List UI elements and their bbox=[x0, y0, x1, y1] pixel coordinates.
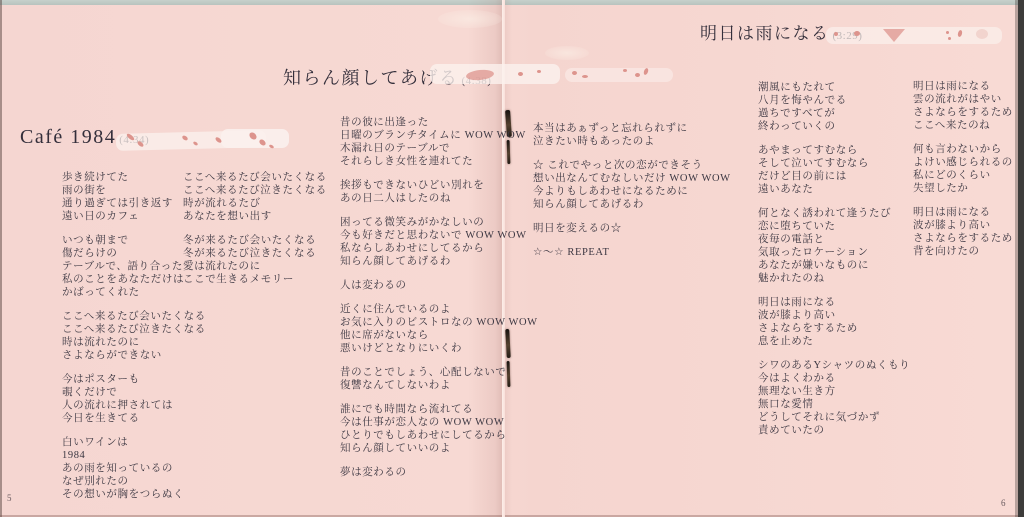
paper-spot bbox=[545, 46, 589, 60]
lyric-line: さよならができない bbox=[62, 349, 206, 362]
lyric-line: 背を向けたの bbox=[913, 245, 1013, 258]
lyric-line: 遠いあなた bbox=[758, 183, 910, 196]
lyric-line: ここへ来るたび会いたくなる bbox=[183, 171, 327, 184]
lyric-line: 何も言わないから bbox=[913, 143, 1013, 156]
lyric-line: 気取ったロケーション bbox=[758, 246, 910, 259]
whiteout-smudge-shirankao bbox=[430, 62, 675, 88]
lyric-line: 知らん顔してあげるわ bbox=[533, 198, 731, 211]
lyric-line: 八月を悔やんでる bbox=[758, 94, 910, 107]
smudge-mark bbox=[976, 29, 988, 39]
lyrics-ashita-column-1: 潮風にもたれて八月を悔やんでる過ちですべてが終わっていくのあやまってすむならそし… bbox=[758, 81, 910, 448]
lyric-line: 困ってる微笑みがかなしいの bbox=[340, 216, 538, 229]
lyric-line: さよならをするため bbox=[913, 232, 1013, 245]
lyric-line: あなたが嫌いなものに bbox=[758, 259, 910, 272]
lyric-line: ここへ来るたび会いたくなる bbox=[62, 310, 206, 323]
lyric-line: ここへ来るたび泣きたくなる bbox=[62, 323, 206, 336]
lyric-line: 夢は変わるの bbox=[340, 466, 538, 479]
lyric-stanza: 人は変わるの bbox=[340, 279, 538, 292]
lyric-line: そして泣いてすむなら bbox=[758, 157, 910, 170]
smudge-mark bbox=[623, 69, 627, 72]
lyric-line: 本当はあぁずっと忘れられずに bbox=[533, 122, 731, 135]
lyric-line: 覗くだけで bbox=[62, 386, 206, 399]
lyric-line: 今も好きだと思わないで WOW WOW bbox=[340, 229, 538, 242]
lyric-line: ここで生きるメモリー bbox=[183, 273, 327, 286]
lyric-stanza: ☆ これでやっと次の恋ができそう想い出なんてむなしいだけ WOW WOW今よりも… bbox=[533, 159, 731, 211]
lyric-line: ひとりでもしあわせにしてるから bbox=[340, 429, 538, 442]
lyric-line: 白いワインは bbox=[62, 436, 206, 449]
whiteout-smudge-ashita bbox=[826, 23, 1006, 49]
lyric-line: 潮風にもたれて bbox=[758, 81, 910, 94]
lyric-line: 魅かれたのね bbox=[758, 272, 910, 285]
lyric-line: 冬が来るたび泣きたくなる bbox=[183, 247, 327, 260]
lyric-line: 誰にでも時間なら流れてる bbox=[340, 403, 538, 416]
smudge-mark bbox=[582, 75, 588, 78]
lyric-line: よけい感じられるの bbox=[913, 156, 1013, 169]
lyric-line: 今は仕事が恋人なの WOW WOW bbox=[340, 416, 538, 429]
lyric-line: 私ならしあわせにしてるから bbox=[340, 242, 538, 255]
lyric-line: 明日は雨になる bbox=[913, 80, 1013, 93]
smudge-mark bbox=[834, 32, 838, 36]
lyric-line: それらしき女性を連れてた bbox=[340, 155, 538, 168]
lyric-line: 今はよくわかる bbox=[758, 372, 910, 385]
lyric-line: さよならをするため bbox=[913, 106, 1013, 119]
lyric-stanza: 白いワインは1984あの雨を知っているのなぜ別れたのその想いが胸をつらぬく bbox=[62, 436, 206, 501]
lyric-line: 知らん顔してあげるわ bbox=[340, 255, 538, 268]
lyric-line: 責めていたの bbox=[758, 424, 910, 437]
lyric-line: 人の流れに押されては bbox=[62, 399, 206, 412]
lyric-stanza: 明日は雨になる雲の流れがはやいさよならをするためここへ来たのね bbox=[913, 80, 1013, 132]
lyric-stanza: ここへ来るたび会いたくなるここへ来るたび泣きたくなる時は流れたのにさよならができ… bbox=[62, 310, 206, 362]
whiteout-band bbox=[430, 64, 560, 84]
lyric-line: 明日は雨になる bbox=[913, 206, 1013, 219]
lyric-line: なぜ別れたの bbox=[62, 475, 206, 488]
lyric-stanza: 本当はあぁずっと忘れられずに泣きたい時もあったのよ bbox=[533, 122, 731, 148]
lyric-line: その想いが胸をつらぬく bbox=[62, 488, 206, 501]
lyric-line: 想い出なんてむなしいだけ WOW WOW bbox=[533, 172, 731, 185]
lyric-stanza: 冬が来るたび会いたくなる冬が来るたび泣きたくなる愛は流れたのにここで生きるメモリ… bbox=[183, 234, 327, 286]
lyric-line: 人は変わるの bbox=[340, 279, 538, 292]
page-edge-left bbox=[0, 0, 2, 517]
lyrics-shirankao-column-2: 本当はあぁずっと忘れられずに泣きたい時もあったのよ☆ これでやっと次の恋ができそ… bbox=[533, 122, 731, 270]
lyric-stanza: 明日は雨になる波が膝より高いさよならをするため息を止めた bbox=[758, 296, 910, 348]
lyric-line: 私にどのくらい bbox=[913, 169, 1013, 182]
lyric-line: 失望したか bbox=[913, 182, 1013, 195]
lyric-line: 終わっていくの bbox=[758, 120, 910, 133]
lyric-line: 息を止めた bbox=[758, 335, 910, 348]
lyric-line: 復讐なんてしないわよ bbox=[340, 379, 538, 392]
booklet-scan: 知らん顔してあげる(4:38) Café 1984(4:34) 明日は雨になる(… bbox=[0, 0, 1024, 517]
smudge-mark bbox=[854, 31, 860, 36]
lyric-line: 挨拶もできないひどい別れを bbox=[340, 179, 538, 192]
lyric-line: 木漏れ日のテーブルで bbox=[340, 142, 538, 155]
lyric-line: あやまってすむなら bbox=[758, 144, 910, 157]
smudge-mark bbox=[635, 73, 640, 77]
lyric-stanza: ここへ来るたび会いたくなるここへ来るたび泣きたくなる時が流れるたびあなたを想い出… bbox=[183, 171, 327, 223]
song-title-text: Café 1984 bbox=[20, 126, 116, 148]
lyric-line: どうしてそれに気づかず bbox=[758, 411, 910, 424]
lyric-stanza: 困ってる微笑みがかなしいの今も好きだと思わないで WOW WOW私ならしあわせに… bbox=[340, 216, 538, 268]
lyric-line: 昔の彼に出逢った bbox=[340, 116, 538, 129]
lyric-stanza: 誰にでも時間なら流れてる今は仕事が恋人なの WOW WOWひとりでもしあわせにし… bbox=[340, 403, 538, 455]
smudge-mark bbox=[948, 37, 951, 40]
lyric-stanza: 挨拶もできないひどい別れをあの日二人はしたのね bbox=[340, 179, 538, 205]
lyric-stanza: 明日は雨になる波が膝より高いさよならをするため背を向けたの bbox=[913, 206, 1013, 258]
lyric-line: 夜毎の電話と bbox=[758, 233, 910, 246]
lyric-line: 波が膝より高い bbox=[758, 309, 910, 322]
lyric-line: 今はポスターも bbox=[62, 373, 206, 386]
lyric-line: 恋に堕ちていた bbox=[758, 220, 910, 233]
lyric-line: さよならをするため bbox=[758, 322, 910, 335]
lyric-line: 何となく誘われて逢うたび bbox=[758, 207, 910, 220]
lyrics-shirankao-column-1: 昔の彼に出逢った日曜のブランチタイムに WOW WOW木漏れ日のテーブルでそれら… bbox=[340, 116, 538, 490]
lyric-line: ここへ来たのね bbox=[913, 119, 1013, 132]
lyric-line: ☆ これでやっと次の恋ができそう bbox=[533, 159, 731, 172]
lyric-stanza: あやまってすむならそして泣いてすむならだけど目の前には遠いあなた bbox=[758, 144, 910, 196]
lyric-line: 時が流れるたび bbox=[183, 197, 327, 210]
lyric-line: 無理ない生き方 bbox=[758, 385, 910, 398]
smudge-mark bbox=[518, 72, 523, 76]
lyric-line: 日曜のブランチタイムに WOW WOW bbox=[340, 129, 538, 142]
lyric-line: あの日二人はしたのね bbox=[340, 192, 538, 205]
lyric-line: 愛は流れたのに bbox=[183, 260, 327, 273]
lyric-line: 今よりもしあわせになるために bbox=[533, 185, 731, 198]
whiteout-smudge-cafe bbox=[116, 129, 292, 153]
lyric-line: 明日を変えるの☆ bbox=[533, 222, 731, 235]
lyric-stanza: 明日を変えるの☆ bbox=[533, 222, 731, 235]
smudge-mark bbox=[572, 71, 577, 75]
smudge-mark-triangle bbox=[883, 29, 905, 42]
lyric-line: 過ちですべてが bbox=[758, 107, 910, 120]
lyric-stanza: 昔のことでしょう、心配しないで復讐なんてしないわよ bbox=[340, 366, 538, 392]
lyric-line: 波が膝より高い bbox=[913, 219, 1013, 232]
lyric-line: あなたを想い出す bbox=[183, 210, 327, 223]
lyric-line: 知らん顔していいのよ bbox=[340, 442, 538, 455]
lyric-line: 雲の流れがはやい bbox=[913, 93, 1013, 106]
lyric-stanza: 何も言わないからよけい感じられるの私にどのくらい失望したか bbox=[913, 143, 1013, 195]
lyric-stanza: シワのあるYシャツのぬくもり今はよくわかる無理ない生き方無口な愛情どうしてそれに… bbox=[758, 359, 910, 437]
lyric-line: 昔のことでしょう、心配しないで bbox=[340, 366, 538, 379]
paper-spot bbox=[438, 10, 502, 28]
lyric-stanza: 夢は変わるの bbox=[340, 466, 538, 479]
lyric-stanza: 潮風にもたれて八月を悔やんでる過ちですべてが終わっていくの bbox=[758, 81, 910, 133]
lyrics-cafe-1984-column-2: ここへ来るたび会いたくなるここへ来るたび泣きたくなる時が流れるたびあなたを想い出… bbox=[183, 171, 327, 297]
lyric-stanza: 近くに住んでいるのよお気に入りのビストロなの WOW WOW他に席がないなら悪い… bbox=[340, 303, 538, 355]
lyric-line: あの雨を知っているの bbox=[62, 462, 206, 475]
lyric-line: 冬が来るたび会いたくなる bbox=[183, 234, 327, 247]
lyric-line: 泣きたい時もあったのよ bbox=[533, 135, 731, 148]
lyric-stanza: 何となく誘われて逢うたび恋に堕ちていた夜毎の電話と気取ったロケーションあなたが嫌… bbox=[758, 207, 910, 285]
lyric-stanza: 昔の彼に出逢った日曜のブランチタイムに WOW WOW木漏れ日のテーブルでそれら… bbox=[340, 116, 538, 168]
smudge-mark bbox=[537, 70, 541, 73]
lyric-line: 明日は雨になる bbox=[758, 296, 910, 309]
lyric-line: だけど目の前には bbox=[758, 170, 910, 183]
lyric-line: 近くに住んでいるのよ bbox=[340, 303, 538, 316]
lyric-line: ここへ来るたび泣きたくなる bbox=[183, 184, 327, 197]
lyric-line: お気に入りのビストロなの WOW WOW bbox=[340, 316, 538, 329]
lyrics-ashita-column-2: 明日は雨になる雲の流れがはやいさよならをするためここへ来たのね何も言わないからよ… bbox=[913, 80, 1013, 269]
lyric-line: 時は流れたのに bbox=[62, 336, 206, 349]
scanner-edge-right bbox=[1018, 0, 1024, 517]
lyric-line: ☆〜☆ REPEAT bbox=[533, 246, 731, 259]
page-number-right: 6 bbox=[1001, 498, 1006, 508]
page-number-left: 5 bbox=[7, 493, 12, 503]
lyric-line: 1984 bbox=[62, 449, 206, 462]
lyric-stanza: ☆〜☆ REPEAT bbox=[533, 246, 731, 259]
lyric-line: 今日を生きてる bbox=[62, 412, 206, 425]
smudge-mark bbox=[946, 31, 949, 34]
lyric-line: 悪いけどとなりにいくわ bbox=[340, 342, 538, 355]
song-title-text: 明日は雨になる bbox=[700, 24, 830, 43]
lyric-stanza: 今はポスターも覗くだけで人の流れに押されては今日を生きてる bbox=[62, 373, 206, 425]
lyric-line: 無口な愛情 bbox=[758, 398, 910, 411]
lyric-line: 他に席がないなら bbox=[340, 329, 538, 342]
scanner-edge-top bbox=[0, 0, 1024, 5]
lyric-line: シワのあるYシャツのぬくもり bbox=[758, 359, 910, 372]
